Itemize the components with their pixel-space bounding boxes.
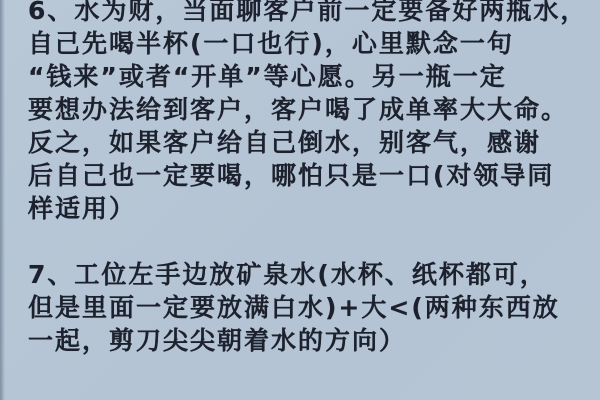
text-line-item6-2: 自己先喝半杯(一口也行)，心里默念一句 bbox=[28, 27, 594, 60]
text-line-item6-1: 6、水为财，当面聊客户前一定要备好两瓶水， bbox=[28, 0, 594, 27]
text-line-item7-1: 7、工位左手边放矿泉水(水杯、纸杯都可， bbox=[28, 258, 594, 291]
text-line-item7-3: 一起，剪刀尖尖朝着水的方向） bbox=[28, 324, 594, 357]
page-left-edge-shadow bbox=[0, 0, 5, 400]
text-line-item6-4: 要想办法给到客户，客户喝了成单率大大命。 bbox=[28, 93, 594, 126]
text-line-item6-6: 后自己也一定要喝，哪怕只是一口(对领导同 bbox=[28, 159, 594, 192]
text-line-item7-2: 但是里面一定要放满白水)+大<(两种东西放 bbox=[28, 291, 594, 324]
text-line-item6-7: 样适用） bbox=[28, 192, 594, 225]
paragraph-gap bbox=[28, 225, 594, 258]
text-content: 6、水为财，当面聊客户前一定要备好两瓶水， 自己先喝半杯(一口也行)，心里默念一… bbox=[28, 0, 594, 357]
text-line-item6-3: “钱来”或者“开单”等心愿。另一瓶一定 bbox=[28, 60, 594, 93]
document-page: 6、水为财，当面聊客户前一定要备好两瓶水， 自己先喝半杯(一口也行)，心里默念一… bbox=[0, 0, 600, 400]
text-line-item6-5: 反之，如果客户给自己倒水，别客气，感谢 bbox=[28, 126, 594, 159]
